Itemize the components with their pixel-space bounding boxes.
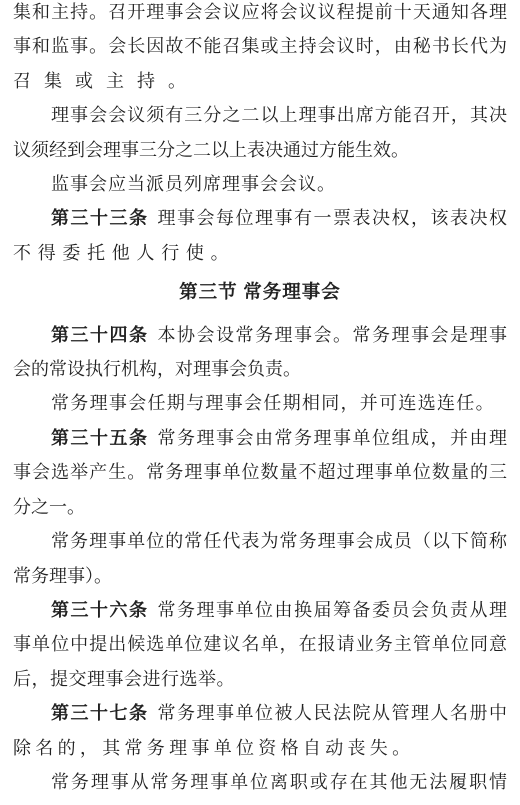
body-line: 不得委托他人行使。 (13, 236, 507, 270)
article-line: 第三十四条本协会设常务理事会。常务理事会是理事 (13, 318, 507, 352)
article-text: 常务理事会由常务理事单位组成，并由理 (158, 428, 508, 448)
body-line: 事和监事。会长因故不能召集或主持会议时，由秘书长代为 (13, 29, 507, 63)
body-line: 理事会会议须有三分之二以上理事出席方能召开，其决 (13, 98, 507, 132)
body-line: 分之一。 (13, 490, 507, 524)
article-number: 第三十四条 (51, 325, 149, 345)
body-line: 议须经到会理事三分之二以上表决通过方能生效。 (13, 133, 507, 167)
body-line: 常务理事从常务理事单位离职或存在其他无法履职情 (13, 765, 507, 799)
article-line: 第三十六条常务理事单位由换届筹备委员会负责从理 (13, 593, 507, 627)
article-line: 第三十七条常务理事单位被人民法院从管理人名册中 (13, 696, 507, 730)
body-line: 后，提交理事会进行选举。 (13, 662, 507, 696)
body-line: 事会选举产生。常务理事单位数量不超过理事单位数量的三 (13, 455, 507, 489)
article-text: 常务理事单位被人民法院从管理人名册中 (158, 703, 508, 723)
article-number: 第三十五条 (51, 428, 149, 448)
article-line: 第三十三条理事会每位理事有一票表决权，该表决权 (13, 201, 507, 235)
body-line: 监事会应当派员列席理事会会议。 (13, 167, 507, 201)
section-heading: 第三节 常务理事会 (13, 276, 507, 310)
body-line: 常务理事会任期与理事会任期相同，并可连选连任。 (13, 386, 507, 420)
article-number: 第三十七条 (51, 703, 149, 723)
body-line: 召集或主持。 (13, 64, 507, 98)
article-text: 本协会设常务理事会。常务理事会是理事 (158, 325, 508, 345)
body-line: 会的常设执行机构，对理事会负责。 (13, 352, 507, 386)
article-text: 理事会每位理事有一票表决权，该表决权 (158, 208, 508, 228)
article-line: 第三十五条常务理事会由常务理事单位组成，并由理 (13, 421, 507, 455)
article-number: 第三十三条 (51, 208, 149, 228)
article-text: 常务理事单位由换届筹备委员会负责从理 (158, 600, 508, 620)
document-page: 集和主持。召开理事会会议应将会议议程提前十天通知各理 事和监事。会长因故不能召集… (0, 0, 520, 799)
article-number: 第三十六条 (51, 600, 149, 620)
body-line: 集和主持。召开理事会会议应将会议议程提前十天通知各理 (13, 0, 507, 29)
body-line: 常务理事单位的常任代表为常务理事会成员（以下简称 (13, 524, 507, 558)
body-line: 事单位中提出候选单位建议名单，在报请业务主管单位同意 (13, 627, 507, 661)
body-line: 常务理事）。 (13, 559, 507, 593)
body-line: 除名的，其常务理事单位资格自动丧失。 (13, 731, 507, 765)
